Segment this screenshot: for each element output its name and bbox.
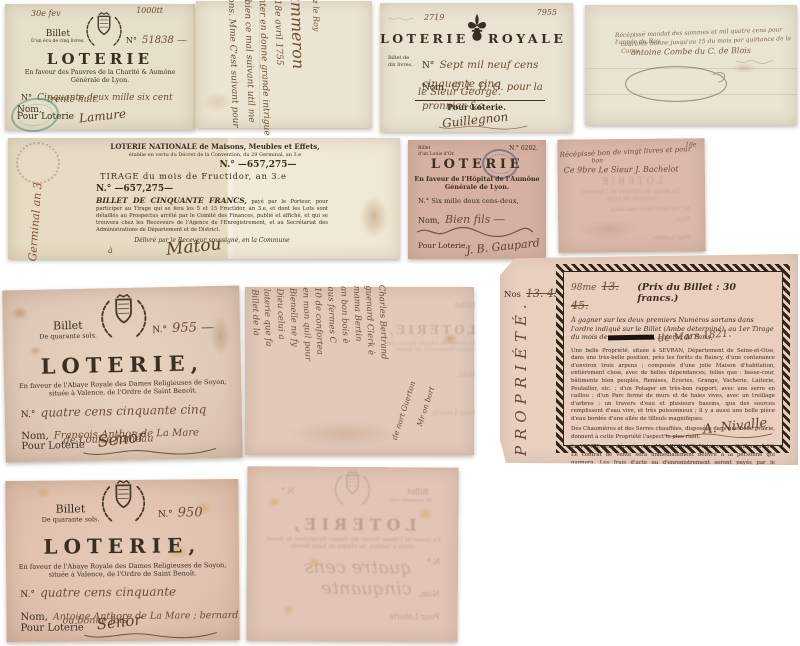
ticket-verso-cursive: Billet de la loterie que fa Dieu celui a…: [245, 287, 474, 455]
billet-label: Billet: [39, 319, 97, 333]
ghost-subtitle: En faveur de l'Abaye Royale des Dames Re…: [376, 341, 476, 353]
ornamental-frame: 98me 13. 45. (Prix du Billet : 30 francs…: [556, 264, 790, 453]
ticket-soyons-955: Billet De quarante sols. N.° 955 — LOTER…: [2, 286, 243, 463]
ghost-subtitle-2: Générale de Lyon.: [568, 195, 694, 202]
ticket-hopital-lyon: Billet d'un Louis d'Or. N.° 6202. LOTERI…: [408, 140, 546, 259]
ghost-pour-label: Pour Loterie,: [651, 234, 691, 241]
number-label: N.°: [158, 510, 173, 520]
tirage-line: TIRAGE du mois de Fructidor, an 3.e: [100, 172, 287, 182]
divider-rule: [415, 100, 545, 101]
number-label: N.°: [152, 325, 167, 335]
ghost-name-label: Nom,: [674, 216, 691, 223]
bill-propriete-1821: Nos 13. 45. PROPRIÉTÉ. 98me 13. 45. (Pri…: [500, 254, 798, 465]
ticket-number: N° 51838 —: [126, 28, 187, 47]
billet-label: Billet: [31, 29, 85, 39]
ghost-pour-label: Pour Loterie: [389, 612, 440, 621]
ticket-hopital-verso: 18e Récépissé bon de vingt livres et pou…: [557, 138, 705, 253]
annotation-date: 30e fev: [31, 9, 61, 18]
ticket-loterie-nationale: Germinal an 3 LOTERIE NATIONALE de Maiso…: [8, 138, 400, 259]
billet-label: Billet: [41, 502, 99, 516]
ghost-billet: Billet: [454, 301, 476, 310]
ticket-title: LOTERIE: [408, 157, 546, 172]
vertical-handwriting-block: Mons. Mme C'est suivant pour et bien ce …: [222, 0, 359, 138]
ghost-subtitle-2: située à Valence, de l'Ordre de Saint Be…: [253, 543, 452, 550]
title-right: ROYALE: [488, 31, 573, 46]
serial-number-repeat: N.° —657,275—: [96, 184, 173, 194]
name-label: Nom,: [20, 612, 48, 623]
bill-intro-paragraph: À gagner sur les deux premiers Numéros s…: [571, 316, 775, 342]
billet-block: Billet De quarante sols.: [41, 502, 99, 524]
ticket-verso-handwritten: Mons. Mme C'est suivant pour et bien ce …: [196, 1, 372, 128]
ticket-loterie-royale: 2719 7955 LOTERIE ROYALE Billet de dix l…: [380, 3, 573, 132]
pour-loterie-label: Pour Loterie.: [380, 102, 573, 112]
ghost-number-words: quatre cens cinquante: [253, 556, 412, 599]
number-handwritten: 955 —: [172, 320, 214, 336]
stub-vertical-text: PROPRIÉTÉ.: [512, 306, 530, 456]
stain: [11, 306, 29, 320]
redaction-mark: [607, 334, 653, 340]
ghost-billet: Billet: [407, 487, 429, 496]
billet-block: Billet D'un écu de cinq livres.: [31, 29, 85, 44]
ghost-title: LOTERIE,: [253, 514, 452, 534]
bill-serial-prefix: 98me: [571, 283, 596, 293]
ticket-soyons-950: Billet De quarante sols. N.° 950 LOTERIE…: [5, 479, 239, 642]
coat-of-arms-icon: [92, 293, 155, 340]
annotation-amount: 1000tt: [136, 6, 163, 15]
body-lead: BILLET DE CINQUANTE FRANCS,: [96, 196, 247, 205]
billet-side-1: Billet de: [388, 55, 413, 62]
handwriting-line: bon: [592, 157, 603, 164]
billet-block: Billet De quarante sols.: [39, 319, 97, 341]
ghost-pour-label: Pour Loterie: [432, 409, 476, 417]
billet-denomination: D'un écu de cinq livres.: [31, 39, 85, 44]
signature: Matou: [165, 234, 222, 260]
ticket-number: N.° 6202.: [509, 145, 538, 152]
ticket-title: LOTERIE: [5, 50, 195, 68]
billet-denomination: De quarante sols.: [42, 515, 100, 524]
vertical-handwriting-block: Billet de la loterie que fa Dieu celui a…: [247, 285, 392, 450]
bill-serial: 98me 13. 45.: [571, 275, 637, 313]
handwriting-line: Ce 9bre Le Sieur J. Bachelot: [564, 165, 679, 175]
bill-header-row: 98me 13. 45. (Prix du Billet : 30 francs…: [571, 275, 775, 313]
signature-flourish: [438, 123, 528, 131]
ghost-title: LOTERIE: [568, 176, 694, 187]
handwriting-name: antoine Combe du C. de Blois: [631, 46, 751, 57]
number-words-handwritten: quatre cens cinquante: [40, 585, 176, 600]
ticket-subtitle-2: Générale de Lyon.: [5, 77, 195, 84]
stain: [360, 196, 388, 238]
signature-flourish: [66, 444, 234, 460]
body-paragraph: BILLET DE CINQUANTE FRANCS, payé par le …: [96, 196, 328, 234]
billet-side-2: dix livres.: [388, 62, 413, 69]
ink-scribble: [388, 11, 414, 27]
title-line-1: LOTERIE NATIONALE de Maisons, Meubles et…: [96, 142, 334, 151]
ghost-number-words: N.° Six mille deux cens-deux,: [609, 206, 691, 213]
ticket-number: N.° 950: [158, 501, 203, 520]
document-verso-notes: Récépissé mandat des sommes et mil quatr…: [585, 5, 797, 125]
ghost-name-label: Nom,: [457, 371, 476, 379]
ticket-subtitle-2: située à Valence, de l'Ordre de Saint Be…: [6, 569, 239, 579]
pour-loterie-label: Pour Loterie,: [418, 241, 468, 250]
ticket-subtitle-1: En faveur de l'Hôpital de l'Aumône: [408, 175, 546, 183]
ghost-billet-denomination: De quarante sols.: [388, 497, 432, 503]
coat-of-arms-icon: [93, 480, 153, 525]
pour-loterie-label: Pour Loterie: [17, 112, 74, 122]
signature: Lamure: [78, 107, 126, 126]
number-words-label: N.°: [20, 590, 35, 600]
ticket-title: LOTERIE,: [4, 350, 241, 380]
stain: [35, 487, 51, 499]
embossed-stamp: [16, 142, 60, 184]
number-words-label: N.°: [21, 410, 36, 420]
number-handwritten: 950: [178, 505, 203, 520]
title-left: LOTERIE: [380, 31, 466, 46]
signature-flourish: [67, 628, 235, 641]
serial-number-top: N.° —657,275—: [178, 160, 338, 170]
coat-of-arms-icon: [81, 12, 127, 48]
signature-flourish: [663, 430, 773, 440]
number-label: N°: [422, 61, 434, 71]
flourish-oval: [621, 63, 731, 105]
number-words-handwritten: quatre cens cinquante cinq: [40, 402, 206, 419]
ghost-name-label: Nom,: [418, 589, 440, 598]
annotation-left: 2719: [424, 13, 444, 22]
ghost-number: N.°: [281, 487, 294, 496]
title-line-2: établie en vertu du Décret de la Convent…: [96, 152, 334, 158]
ticket-lyon-ecu: 30e fev 1000tt Billet D'un écu de cinq l…: [5, 4, 195, 130]
show-through-ghost: Billet LOTERIE, En faveur de l'Abaye Roy…: [376, 301, 480, 441]
ticket-subtitle-2: Générale de Lyon.: [408, 183, 546, 191]
billet-side-note: Billet de dix livres.: [388, 55, 413, 68]
place-label: à: [108, 246, 113, 255]
number-handwritten: 51838 —: [142, 35, 187, 46]
ticket-soyons-verso: Billet De quarante sols. N.° LOTERIE, En…: [246, 466, 458, 641]
ticket-subtitle-1: En faveur des Pauvres de la Charité & Au…: [5, 69, 195, 76]
ghost-coat-of-arms-icon: [328, 471, 376, 507]
number-words-line: N.° quatre cens cinquante: [20, 581, 176, 601]
show-through-ghost: LOTERIE En faveur de l'Hôpital de l'Aumô…: [568, 176, 695, 245]
ticket-title: LOTERIE,: [6, 533, 239, 559]
sale-terms: La VENTE sera déposée chez Me MICHAUX, N…: [571, 444, 775, 474]
ghost-number-words-label: N.°: [427, 558, 440, 567]
show-through-ghost: Billet De quarante sols. N.° LOTERIE, En…: [252, 472, 452, 635]
ghost-title: LOTERIE,: [386, 323, 476, 337]
bill-price: (Prix du Billet : 30 francs.): [637, 282, 775, 304]
number-words: N.° Six mille deux cens-deux,: [418, 197, 519, 205]
handwriting-line: Récépissé bon de vingt livres et pour: [559, 145, 691, 159]
name-handwritten-2: le Sieur George.: [418, 87, 501, 98]
ticket-number: N.° 955 —: [152, 316, 214, 336]
flourish-small: [735, 55, 775, 69]
number-label: N°: [126, 36, 137, 45]
annotation-right: 7955: [537, 8, 557, 17]
property-description: Une belle Propriété, située à SEVRAN, Dé…: [571, 348, 775, 424]
billet-denomination: De quarante sols.: [39, 332, 97, 341]
number-words-line: N.° quatre cens cinquante cinq: [21, 398, 207, 421]
